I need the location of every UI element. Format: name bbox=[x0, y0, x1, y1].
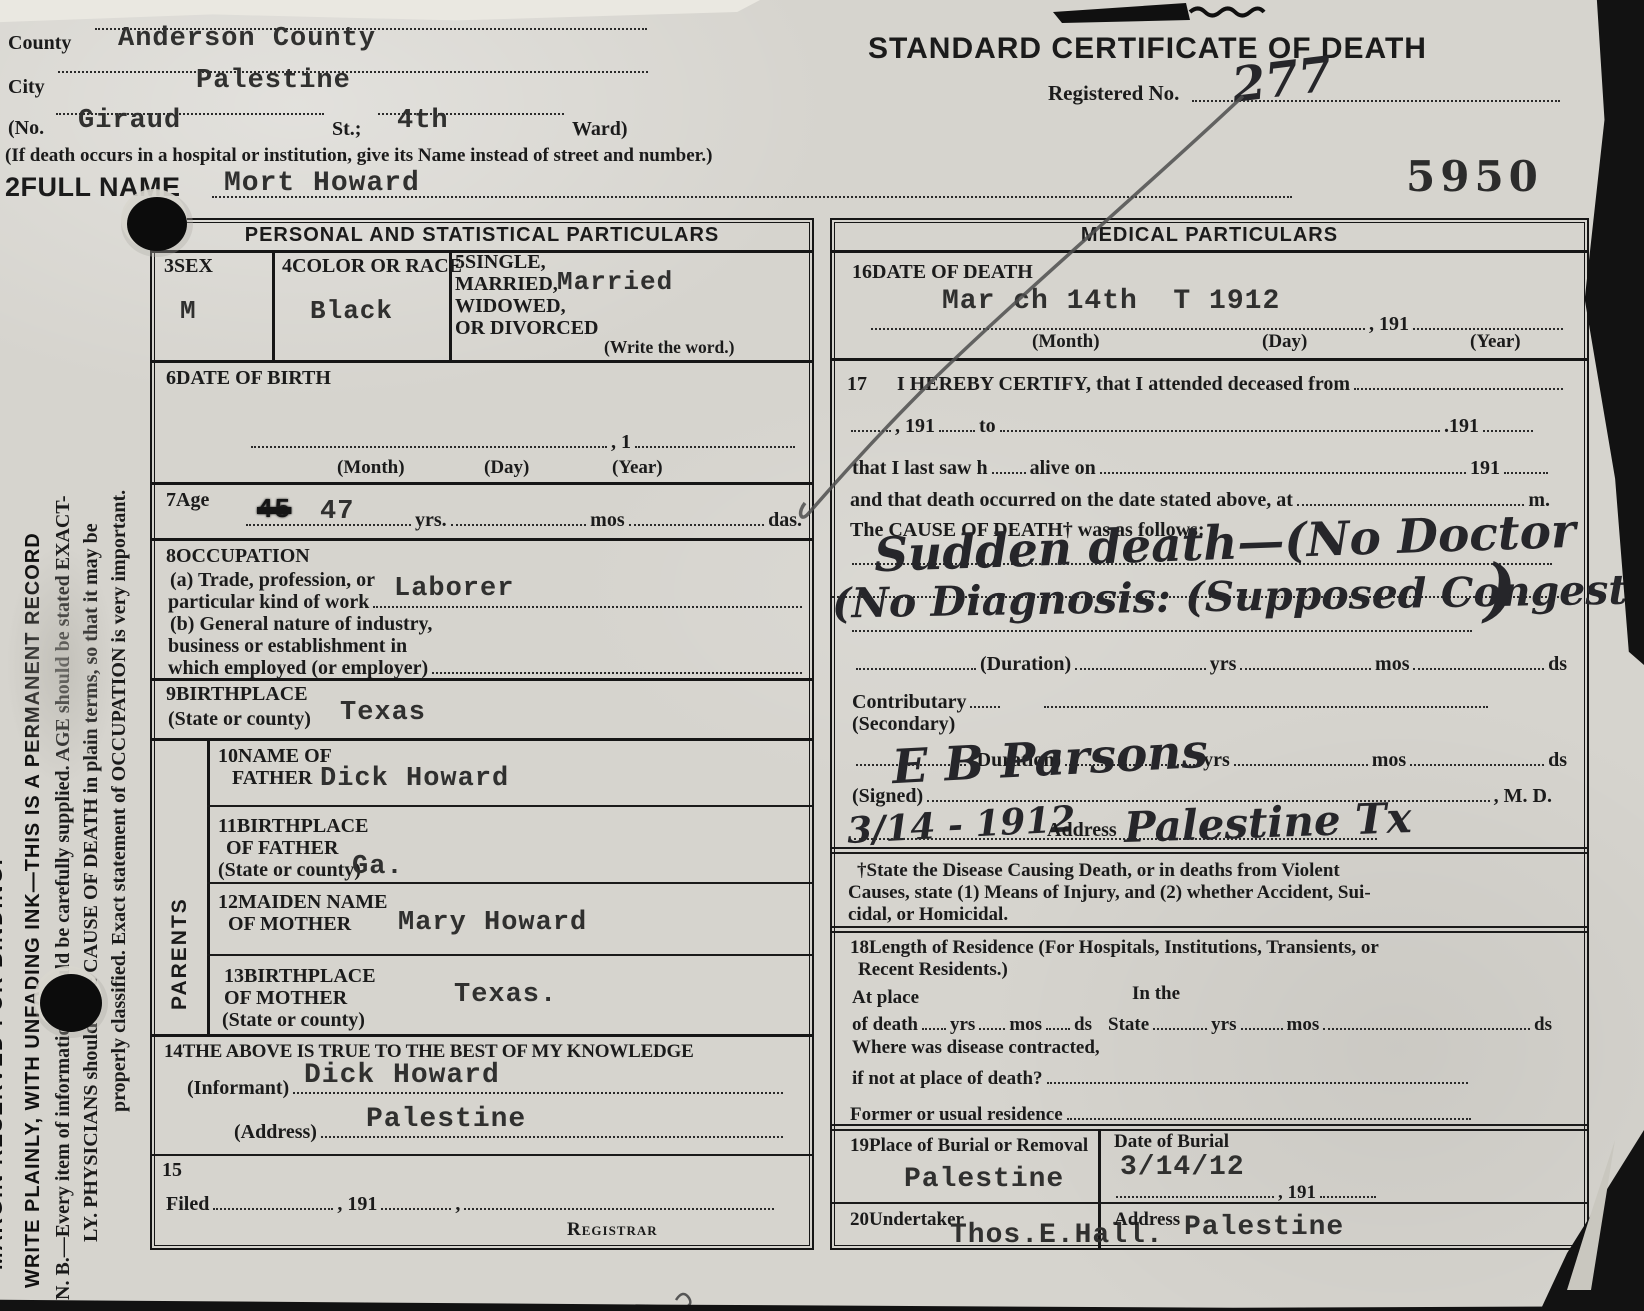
registered-no-value: 277 bbox=[1229, 46, 1335, 114]
undertaker-address-label: Address bbox=[1114, 1210, 1180, 1230]
dotted-line bbox=[635, 444, 795, 448]
dotted-line bbox=[381, 1206, 451, 1210]
ink-wedge-mark bbox=[1053, 3, 1190, 23]
certify-191b: .191 bbox=[1444, 416, 1479, 436]
mother-name-value: Mary Howard bbox=[398, 908, 587, 938]
county-value: Anderson County bbox=[118, 24, 376, 54]
dob-line: , 1 bbox=[247, 426, 799, 452]
dotted-line bbox=[1354, 386, 1563, 390]
race-value: Black bbox=[310, 296, 393, 326]
father-birthplace-value: Ga. bbox=[352, 852, 404, 882]
dotted-line bbox=[1075, 666, 1206, 670]
medical-section-title: MEDICAL PARTICULARS bbox=[832, 224, 1587, 247]
certify-last-saw: that I last saw h bbox=[852, 458, 988, 478]
dotted-line bbox=[1234, 762, 1368, 766]
registrar-label: Registrar bbox=[567, 1220, 658, 1240]
certify-num: 17 bbox=[847, 374, 867, 394]
full-name-value: Mort Howard bbox=[224, 168, 420, 199]
undertaker-label: 20Undertaker bbox=[850, 1210, 964, 1230]
dotted-line bbox=[1116, 1194, 1274, 1198]
of-death-label: of death bbox=[852, 1015, 918, 1034]
rule bbox=[207, 738, 210, 1034]
personal-section: PERSONAL AND STATISTICAL PARTICULARS 3SE… bbox=[150, 218, 814, 1250]
age-mos-label: mos bbox=[590, 510, 624, 530]
inthe-mos: mos bbox=[1287, 1015, 1320, 1034]
hospital-note: (If death occurs in a hospital or instit… bbox=[5, 146, 712, 166]
dod-year-label: (Year) bbox=[1470, 332, 1521, 352]
signed-address-value: Palestine Tx bbox=[1123, 793, 1412, 852]
informant-address-value: Palestine bbox=[366, 1104, 526, 1135]
occupation-b3: which employed (or employer) bbox=[168, 658, 428, 678]
informant-value: Dick Howard bbox=[304, 1060, 500, 1091]
medical-section: MEDICAL PARTICULARS 16DATE OF DEATH Mar … bbox=[830, 218, 1589, 1250]
dotted-line bbox=[970, 704, 1000, 708]
informant-address-label: (Address) bbox=[234, 1122, 317, 1142]
disease-contracted-label-1: Where was disease contracted, bbox=[852, 1038, 1100, 1058]
state-label: State bbox=[1108, 1015, 1149, 1034]
duration1-yrs: yrs bbox=[1210, 654, 1237, 674]
father-birthplace-label-1: 11BIRTHPLACE bbox=[218, 816, 368, 837]
rule bbox=[152, 360, 812, 363]
burial-place-value: Palestine bbox=[904, 1164, 1064, 1195]
certify-text-1: I HEREBY CERTIFY, that I attended deceas… bbox=[897, 374, 1350, 394]
rule bbox=[832, 847, 1587, 849]
filed-num: 15 bbox=[162, 1160, 182, 1181]
secondary-label: (Secondary) bbox=[852, 714, 955, 735]
rule bbox=[832, 931, 1587, 933]
dotted-line bbox=[1241, 1026, 1283, 1030]
dotted-line bbox=[871, 326, 1365, 330]
dotted-line bbox=[1153, 1026, 1207, 1030]
dotted-line bbox=[629, 522, 764, 526]
rule bbox=[207, 954, 812, 956]
county-label: County bbox=[8, 33, 71, 54]
occupation-b1: (b) General nature of industry, bbox=[170, 614, 432, 635]
rule bbox=[832, 358, 1587, 361]
rule bbox=[152, 678, 812, 681]
race-label: 4COLOR OR RACE bbox=[282, 256, 462, 277]
signed-md-label: , M. D. bbox=[1494, 786, 1552, 806]
dotted-line bbox=[1044, 704, 1488, 708]
rule bbox=[152, 738, 812, 741]
dotted-line bbox=[939, 428, 975, 432]
age-das-label: das. bbox=[768, 510, 802, 530]
occupation-b-line: which employed (or employer) bbox=[168, 654, 806, 678]
occupation-label: 8OCCUPATION bbox=[166, 546, 310, 567]
dotted-line bbox=[992, 470, 1026, 474]
certificate-title: STANDARD CERTIFICATE OF DEATH bbox=[868, 33, 1427, 65]
mother-name-label-1: 12MAIDEN NAME bbox=[218, 892, 387, 913]
margin-nb-line1: N. B.—Every item of information should b… bbox=[52, 288, 75, 1300]
rule bbox=[152, 482, 812, 485]
dotted-line bbox=[979, 1026, 1005, 1030]
residence-label-1: 18Length of Residence (For Hospitals, In… bbox=[850, 938, 1379, 958]
residence-duration-line: of death yrs mos ds State yrs mos ds bbox=[852, 1010, 1552, 1034]
rule bbox=[832, 852, 1587, 854]
marital-label-4: OR DIVORCED bbox=[455, 318, 599, 339]
disease-contracted-line: if not at place of death? bbox=[852, 1064, 1472, 1088]
certify-to: to bbox=[979, 416, 996, 436]
dotted-line bbox=[856, 666, 976, 670]
father-name-label-2: FATHER bbox=[232, 768, 312, 789]
mother-birthplace-label-3: (State or county) bbox=[222, 1010, 365, 1031]
dotted-line bbox=[1320, 1194, 1376, 1198]
hole-punch bbox=[127, 197, 187, 251]
in-the-label: In the bbox=[1132, 984, 1180, 1004]
inthe-yrs: yrs bbox=[1211, 1015, 1236, 1034]
hole-punch bbox=[40, 974, 102, 1032]
burial-place-label: 19Place of Burial or Removal bbox=[850, 1136, 1088, 1156]
birthplace-sub-label: (State or county) bbox=[168, 709, 311, 730]
marital-label-2: MARRIED, bbox=[455, 274, 558, 295]
rule bbox=[152, 1034, 812, 1037]
rule bbox=[832, 1202, 1587, 1204]
burial-date-191: , 191 bbox=[1278, 1183, 1316, 1202]
informant-label: (Informant) bbox=[187, 1078, 289, 1098]
dob-label: 6DATE OF BIRTH bbox=[166, 368, 331, 389]
age-yrs-label: yrs. bbox=[415, 510, 447, 530]
stamp-number: 5950 bbox=[1406, 152, 1543, 201]
rule bbox=[832, 1124, 1587, 1126]
age-line: yrs. mos das. bbox=[242, 504, 802, 530]
certify-occurred: and that death occurred on the date stat… bbox=[850, 490, 1293, 510]
dotted-line bbox=[246, 522, 411, 526]
disease-contracted-label-2: if not at place of death? bbox=[852, 1069, 1043, 1088]
atplace-yrs: yrs bbox=[950, 1015, 975, 1034]
cause-handwriting-paren: ) bbox=[1484, 550, 1516, 630]
certify-line-4: and that death occurred on the date stat… bbox=[850, 484, 1550, 510]
marital-value: Married bbox=[557, 267, 673, 297]
dotted-line bbox=[1000, 428, 1440, 432]
paper-stain bbox=[6, 545, 116, 785]
rule bbox=[207, 805, 812, 807]
dotted-line bbox=[1100, 470, 1466, 474]
certify-line-2: , 191 to .191 bbox=[847, 410, 1537, 436]
dotted-line bbox=[213, 1206, 333, 1210]
burial-date-label: Date of Burial bbox=[1114, 1132, 1229, 1152]
marital-hint: (Write the word.) bbox=[604, 338, 734, 356]
street-no-value: Giraud bbox=[78, 106, 181, 136]
date-of-death-label: 16DATE OF DEATH bbox=[852, 262, 1033, 283]
age-label: 7Age bbox=[166, 490, 209, 511]
undertaker-address-value: Palestine bbox=[1184, 1212, 1344, 1243]
occupation-a2: particular kind of work bbox=[168, 592, 369, 612]
dotted-line bbox=[251, 444, 607, 448]
atplace-ds: ds bbox=[1074, 1015, 1092, 1034]
dotted-line bbox=[1410, 762, 1544, 766]
mother-birthplace-value: Texas. bbox=[454, 980, 557, 1010]
father-name-value: Dick Howard bbox=[320, 764, 509, 794]
rule bbox=[272, 250, 275, 360]
dotted-line bbox=[373, 604, 802, 608]
father-birthplace-label-3: (State or county) bbox=[218, 860, 361, 881]
sex-label: 3SEX bbox=[164, 256, 213, 277]
burial-date-line: , 191 bbox=[1112, 1178, 1380, 1202]
city-label: City bbox=[8, 77, 45, 98]
former-residence-label: Former or usual residence bbox=[850, 1105, 1063, 1124]
marital-label-1: 5SINGLE, bbox=[455, 252, 546, 273]
footnote-line-2: Causes, state (1) Means of Injury, and (… bbox=[848, 883, 1371, 903]
ward-label: Ward) bbox=[572, 119, 628, 140]
ward-value: 4th bbox=[397, 106, 449, 136]
dotted-line bbox=[1413, 326, 1563, 330]
at-place-label: At place bbox=[852, 988, 919, 1008]
dod-191: , 191 bbox=[1369, 314, 1409, 334]
dob-month-label: (Month) bbox=[337, 458, 405, 478]
bottom-edge-shadow bbox=[0, 1295, 1644, 1311]
certify-line-3: that I last saw h alive on 191 bbox=[852, 452, 1552, 478]
footnote-line-3: cidal, or Homicidal. bbox=[848, 905, 1008, 925]
dob-year-label: (Year) bbox=[612, 458, 663, 478]
rule bbox=[207, 882, 812, 884]
filed-line: Filed , 191 , bbox=[166, 1188, 778, 1214]
dob-day-label: (Day) bbox=[484, 458, 529, 478]
filed-label: Filed bbox=[166, 1194, 209, 1214]
street-label: St.; bbox=[332, 119, 361, 140]
contributary-line: Contributary bbox=[852, 686, 1492, 712]
inthe-ds: ds bbox=[1534, 1015, 1552, 1034]
marital-label-3: WIDOWED, bbox=[455, 296, 566, 317]
dotted-line bbox=[851, 428, 891, 432]
atplace-mos: mos bbox=[1009, 1015, 1042, 1034]
dob-suffix: , 1 bbox=[611, 432, 631, 452]
mother-name-label-2: OF MOTHER bbox=[228, 914, 351, 935]
duration1-ds: ds bbox=[1548, 654, 1567, 674]
knowledge-label: 14THE ABOVE IS TRUE TO THE BEST OF MY KN… bbox=[164, 1042, 694, 1062]
city-value: Palestine bbox=[196, 66, 351, 96]
father-birthplace-label-2: OF FATHER bbox=[226, 838, 338, 859]
registered-no-label: Registered No. bbox=[1048, 82, 1179, 104]
duration2-ds: ds bbox=[1548, 750, 1567, 770]
parents-vertical-label: PARENTS bbox=[168, 790, 192, 1010]
duration-line-1: (Duration) yrs mos ds bbox=[852, 648, 1567, 674]
rule bbox=[832, 250, 1587, 253]
former-residence-line: Former or usual residence bbox=[850, 1100, 1475, 1124]
dotted-line bbox=[58, 71, 648, 73]
contributary-label: Contributary bbox=[852, 692, 966, 712]
dotted-line bbox=[1504, 470, 1548, 474]
top-edge-highlight bbox=[0, 0, 760, 24]
certify-191a: , 191 bbox=[895, 416, 935, 436]
certify-alive-on: alive on bbox=[1030, 458, 1096, 478]
dotted-line bbox=[1323, 1026, 1530, 1030]
birthplace-label: 9BIRTHPLACE bbox=[166, 684, 308, 705]
duration1-mos: mos bbox=[1375, 654, 1409, 674]
dotted-line bbox=[432, 670, 802, 674]
dotted-line bbox=[922, 1026, 946, 1030]
mother-birthplace-label-1: 13BIRTHPLACE bbox=[224, 966, 376, 987]
street-no-label: (No. bbox=[8, 118, 44, 139]
dod-day-label: (Day) bbox=[1262, 332, 1307, 352]
filed-191: , 191 bbox=[337, 1194, 377, 1214]
sex-value: M bbox=[180, 296, 197, 326]
birthplace-value: Texas bbox=[340, 698, 426, 728]
dod-month-label: (Month) bbox=[1032, 332, 1100, 352]
dotted-line bbox=[1067, 1116, 1471, 1120]
rule bbox=[832, 926, 1587, 928]
residence-label-2: Recent Residents.) bbox=[858, 960, 1008, 980]
dotted-line bbox=[1483, 428, 1533, 432]
death-certificate-scan: MARGIN RESERVED FOR BINDING. WRITE PLAIN… bbox=[0, 0, 1644, 1311]
occupation-value: Laborer bbox=[394, 574, 514, 604]
dotted-line bbox=[1240, 666, 1371, 670]
rule bbox=[152, 1154, 812, 1156]
rule bbox=[152, 538, 812, 541]
footnote-line-1: †State the Disease Causing Death, or in … bbox=[857, 861, 1340, 881]
dotted-line bbox=[1297, 502, 1524, 506]
ink-squiggle-mark bbox=[1190, 9, 1264, 16]
dotted-line bbox=[1047, 1080, 1468, 1084]
certify-191c: 191 bbox=[1470, 458, 1500, 478]
duration1-label: (Duration) bbox=[980, 654, 1071, 674]
filed-comma: , bbox=[455, 1194, 460, 1214]
margin-nb-line2: LY. PHYSICIANS should state CAUSE OF DEA… bbox=[80, 330, 103, 1242]
dotted-line bbox=[464, 1206, 774, 1210]
mother-birthplace-label-2: OF MOTHER bbox=[224, 988, 347, 1009]
personal-section-title: PERSONAL AND STATISTICAL PARTICULARS bbox=[152, 224, 812, 247]
certify-line-1: 17 I HEREBY CERTIFY, that I attended dec… bbox=[847, 368, 1567, 394]
dotted-line bbox=[451, 522, 586, 526]
dotted-line bbox=[1046, 1026, 1070, 1030]
duration2-mos: mos bbox=[1372, 750, 1406, 770]
father-name-label-1: 10NAME OF bbox=[218, 746, 332, 767]
dotted-line bbox=[1413, 666, 1544, 670]
date-of-death-line: , 191 bbox=[867, 308, 1567, 334]
dotted-line bbox=[852, 630, 1472, 632]
